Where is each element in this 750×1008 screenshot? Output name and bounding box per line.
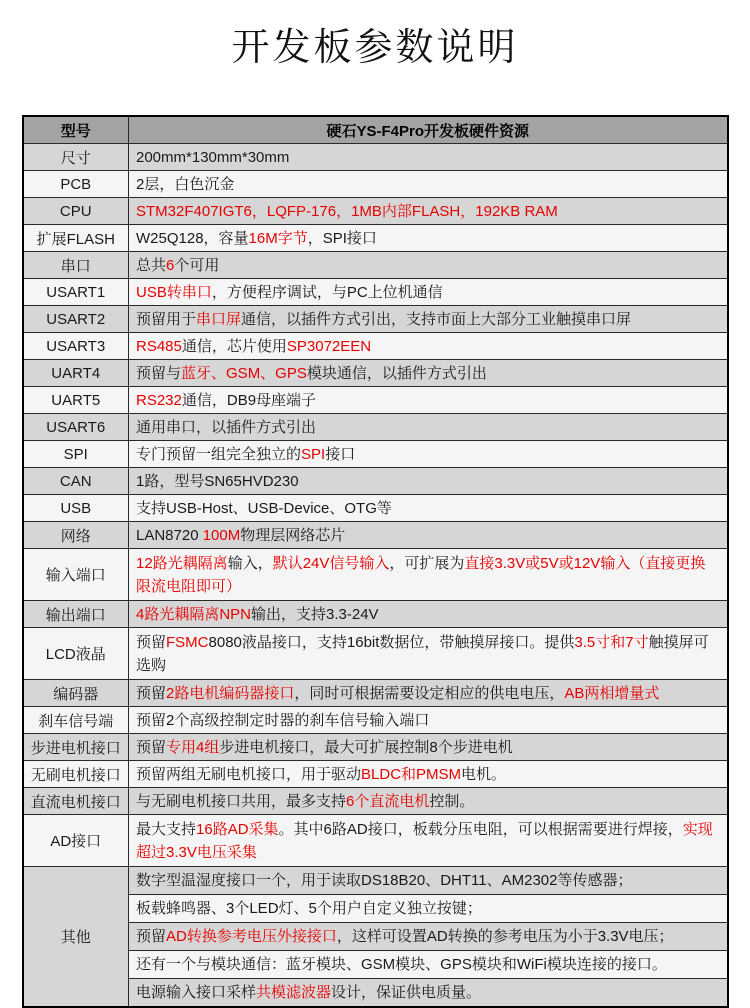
highlight-text: 6个直流电机 — [346, 793, 429, 810]
row-label: 无刷电机接口 — [23, 761, 129, 788]
table-row: 输出端口4路光耦隔离NPN输出，支持3.3-24V — [23, 601, 728, 628]
row-value: 1路，型号SN65HVD230 — [129, 468, 728, 495]
text-segment: 板载蜂鸣器、3个LED灯、5个用户自定义独立按键； — [136, 900, 482, 917]
text-segment: 接口 — [325, 446, 355, 463]
row-value: 通用串口，以插件方式引出 — [129, 414, 728, 441]
row-value: 电源输入接口采样共模滤波器设计，保证供电质量。 — [129, 979, 728, 1008]
table-row: USART1USB转串口，方便程序调试，与PC上位机通信 — [23, 279, 728, 306]
highlight-text: USB转串口 — [136, 284, 212, 301]
row-label: 输入端口 — [23, 549, 129, 601]
row-label: 刹车信号端 — [23, 707, 129, 734]
row-label: USART1 — [23, 279, 129, 306]
row-label: 其他 — [23, 867, 129, 1008]
row-value: 板载蜂鸣器、3个LED灯、5个用户自定义独立按键； — [129, 895, 728, 923]
row-value: 与无刷电机接口共用，最多支持6个直流电机控制。 — [129, 788, 728, 815]
text-segment: 个可用 — [174, 257, 219, 274]
text-segment: 通信，芯片使用 — [182, 338, 287, 355]
table-row: USART2预留用于串口屏通信，以插件方式引出，支持市面上大部分工业触摸串口屏 — [23, 306, 728, 333]
text-segment: ，SPI接口 — [308, 230, 377, 247]
table-row: CPUSTM32F407IGT6，LQFP-176，1MB内部FLASH，192… — [23, 198, 728, 225]
highlight-text: 3.5寸和7寸 — [574, 634, 648, 651]
spec-table: 型号 硬石YS-F4Pro开发板硬件资源 尺寸200mm*130mm*30mmP… — [22, 115, 729, 1008]
row-value: 预留与蓝牙、GSM、GPS模块通信，以插件方式引出 — [129, 360, 728, 387]
highlight-text: 共模滤波器 — [256, 984, 331, 1001]
highlight-text: 16M字节 — [249, 230, 308, 247]
text-segment: 预留 — [136, 928, 166, 945]
text-segment: W25Q128，容量 — [136, 230, 249, 247]
header-model-label: 型号 — [23, 116, 129, 144]
table-row: USART6通用串口，以插件方式引出 — [23, 414, 728, 441]
row-label: USART6 — [23, 414, 129, 441]
row-label: LCD液晶 — [23, 628, 129, 680]
table-row: UART5RS232通信，DB9母座端子 — [23, 387, 728, 414]
row-value: USB转串口，方便程序调试，与PC上位机通信 — [129, 279, 728, 306]
text-segment: 物理层网络芯片 — [240, 527, 345, 544]
text-segment: ，这样可设置AD转换的参考电压为小于3.3V电压； — [337, 928, 674, 945]
text-segment: 1路，型号SN65HVD230 — [136, 473, 299, 490]
row-label: SPI — [23, 441, 129, 468]
text-segment: ，同时可根据需要设定相应的供电电压， — [294, 685, 564, 702]
highlight-text: 16路AD采集 — [196, 821, 279, 838]
highlight-text: 4路光耦隔离NPN — [136, 606, 251, 623]
highlight-text: 专用4组 — [166, 739, 219, 756]
row-value: 预留2个高级控制定时器的刹车信号输入端口 — [129, 707, 728, 734]
row-label: 编码器 — [23, 680, 129, 707]
text-segment: 输出，支持3.3-24V — [251, 606, 379, 623]
row-value: 数字型温湿度接口一个，用于读取DS18B20、DHT11、AM2302等传感器； — [129, 867, 728, 895]
row-value: 2层，白色沉金 — [129, 171, 728, 198]
row-value: LAN8720 100M物理层网络芯片 — [129, 522, 728, 549]
row-value: RS232通信，DB9母座端子 — [129, 387, 728, 414]
table-row: 扩展FLASHW25Q128，容量16M字节，SPI接口 — [23, 225, 728, 252]
text-segment: 设计，保证供电质量。 — [331, 984, 481, 1001]
row-value: 支持USB-Host、USB-Device、OTG等 — [129, 495, 728, 522]
text-segment: 控制。 — [429, 793, 474, 810]
row-value: 总共6个可用 — [129, 252, 728, 279]
row-label: 输出端口 — [23, 601, 129, 628]
highlight-text: RS232 — [136, 392, 182, 409]
table-row: SPI专门预留一组完全独立的SPI接口 — [23, 441, 728, 468]
table-subrow: 板载蜂鸣器、3个LED灯、5个用户自定义独立按键； — [23, 895, 728, 923]
text-segment: 输入， — [228, 555, 273, 572]
row-label: 直流电机接口 — [23, 788, 129, 815]
table-row: AD接口最大支持16路AD采集。其中6路AD接口，板载分压电阻，可以根据需要进行… — [23, 815, 728, 867]
highlight-text: 2路电机编码器接口 — [166, 685, 294, 702]
text-segment: ，方便程序调试，与PC上位机通信 — [212, 284, 443, 301]
text-segment: 总共 — [136, 257, 166, 274]
highlight-text: RS485 — [136, 338, 182, 355]
table-subrow: 还有一个与模块通信：蓝牙模块、GSM模块、GPS模块和WiFi模块连接的接口。 — [23, 951, 728, 979]
table-row: UART4预留与蓝牙、GSM、GPS模块通信，以插件方式引出 — [23, 360, 728, 387]
row-value: 预留FSMC8080液晶接口，支持16bit数据位，带触摸屏接口。提供3.5寸和… — [129, 628, 728, 680]
text-segment: ，可扩展为 — [389, 555, 464, 572]
row-label: UART4 — [23, 360, 129, 387]
highlight-text: FSMC — [166, 634, 209, 651]
row-label: PCB — [23, 171, 129, 198]
row-label: 步进电机接口 — [23, 734, 129, 761]
text-segment: 电源输入接口采样 — [136, 984, 256, 1001]
row-label: 扩展FLASH — [23, 225, 129, 252]
row-label: AD接口 — [23, 815, 129, 867]
row-value: 预留用于串口屏通信，以插件方式引出，支持市面上大部分工业触摸串口屏 — [129, 306, 728, 333]
text-segment: 通信，DB9母座端子 — [182, 392, 316, 409]
highlight-text: SPI — [301, 446, 325, 463]
table-row: 尺寸200mm*130mm*30mm — [23, 144, 728, 171]
text-segment: 200mm*130mm*30mm — [136, 149, 289, 166]
text-segment: 步进电机接口，最大可扩展控制8个步进电机 — [219, 739, 512, 756]
row-label: USB — [23, 495, 129, 522]
page-title: 开发板参数说明 — [0, 16, 750, 71]
table-row: 编码器预留2路电机编码器接口，同时可根据需要设定相应的供电电压，AB两相增量式 — [23, 680, 728, 707]
text-segment: 预留 — [136, 634, 166, 651]
row-value: 预留专用4组步进电机接口，最大可扩展控制8个步进电机 — [129, 734, 728, 761]
text-segment: 通用串口，以插件方式引出 — [136, 419, 316, 436]
text-segment: 与无刷电机接口共用，最多支持 — [136, 793, 346, 810]
highlight-text: 默认24V信号输入 — [273, 555, 390, 572]
header-model-value: 硬石YS-F4Pro开发板硬件资源 — [129, 116, 728, 144]
page: 开发板参数说明 型号 硬石YS-F4Pro开发板硬件资源 尺寸200mm*130… — [0, 16, 750, 1008]
table-row: 步进电机接口预留专用4组步进电机接口，最大可扩展控制8个步进电机 — [23, 734, 728, 761]
highlight-text: 蓝牙、GSM、GPS — [181, 365, 307, 382]
table-row: 刹车信号端预留2个高级控制定时器的刹车信号输入端口 — [23, 707, 728, 734]
text-segment: 2层，白色沉金 — [136, 176, 234, 193]
table-subrow: 预留AD转换参考电压外接接口，这样可设置AD转换的参考电压为小于3.3V电压； — [23, 923, 728, 951]
highlight-text: SP3072EEN — [287, 338, 371, 355]
text-segment: 专门预留一组完全独立的 — [136, 446, 301, 463]
text-segment: 。其中6路AD接口，板载分压电阻，可以根据需要进行焊接， — [279, 821, 683, 838]
text-segment: 数字型温湿度接口一个，用于读取DS18B20、DHT11、AM2302等传感器； — [136, 872, 632, 889]
table-row: 输入端口12路光耦隔离输入，默认24V信号输入，可扩展为直接3.3V或5V或12… — [23, 549, 728, 601]
row-label: 网络 — [23, 522, 129, 549]
row-value: RS485通信，芯片使用SP3072EEN — [129, 333, 728, 360]
highlight-text: 12路光耦隔离 — [136, 555, 228, 572]
table-row: USB支持USB-Host、USB-Device、OTG等 — [23, 495, 728, 522]
text-segment: LAN8720 — [136, 527, 203, 544]
row-label: USART2 — [23, 306, 129, 333]
text-segment: 8080液晶接口，支持16bit数据位，带触摸屏接口。提供 — [209, 634, 575, 651]
row-label: 尺寸 — [23, 144, 129, 171]
highlight-text: AB两相增量式 — [564, 685, 659, 702]
text-segment: 预留用于 — [136, 311, 196, 328]
row-value: 还有一个与模块通信：蓝牙模块、GSM模块、GPS模块和WiFi模块连接的接口。 — [129, 951, 728, 979]
table-row: CAN1路，型号SN65HVD230 — [23, 468, 728, 495]
table-subrow: 电源输入接口采样共模滤波器设计，保证供电质量。 — [23, 979, 728, 1008]
highlight-text: STM32F407IGT6，LQFP-176，1MB内部FLASH，192KB … — [136, 203, 558, 220]
row-value: 12路光耦隔离输入，默认24V信号输入，可扩展为直接3.3V或5V或12V输入（… — [129, 549, 728, 601]
row-label: USART3 — [23, 333, 129, 360]
row-label: CPU — [23, 198, 129, 225]
row-value: 4路光耦隔离NPN输出，支持3.3-24V — [129, 601, 728, 628]
table-row: 直流电机接口与无刷电机接口共用，最多支持6个直流电机控制。 — [23, 788, 728, 815]
text-segment: 通信，以插件方式引出，支持市面上大部分工业触摸串口屏 — [241, 311, 631, 328]
text-segment: 模块通信，以插件方式引出 — [307, 365, 487, 382]
text-segment: 预留 — [136, 739, 166, 756]
text-segment: 预留 — [136, 685, 166, 702]
text-segment: 还有一个与模块通信：蓝牙模块、GSM模块、GPS模块和WiFi模块连接的接口。 — [136, 956, 667, 973]
spec-table-body: 型号 硬石YS-F4Pro开发板硬件资源 尺寸200mm*130mm*30mmP… — [23, 116, 728, 1007]
table-row: PCB2层，白色沉金 — [23, 171, 728, 198]
text-segment: 最大支持 — [136, 821, 196, 838]
table-subrow: 其他数字型温湿度接口一个，用于读取DS18B20、DHT11、AM2302等传感… — [23, 867, 728, 895]
row-value: 专门预留一组完全独立的SPI接口 — [129, 441, 728, 468]
text-segment: 预留与 — [136, 365, 181, 382]
table-row: 串口总共6个可用 — [23, 252, 728, 279]
row-value: 最大支持16路AD采集。其中6路AD接口，板载分压电阻，可以根据需要进行焊接，实… — [129, 815, 728, 867]
highlight-text: AD转换参考电压外接接口 — [166, 928, 337, 945]
row-value: 预留2路电机编码器接口，同时可根据需要设定相应的供电电压，AB两相增量式 — [129, 680, 728, 707]
text-segment: 支持USB-Host、USB-Device、OTG等 — [136, 500, 392, 517]
text-segment: 预留2个高级控制定时器的刹车信号输入端口 — [136, 712, 429, 729]
row-value: W25Q128，容量16M字节，SPI接口 — [129, 225, 728, 252]
highlight-text: BLDC和PMSM — [361, 766, 461, 783]
table-row: LCD液晶预留FSMC8080液晶接口，支持16bit数据位，带触摸屏接口。提供… — [23, 628, 728, 680]
row-label: 串口 — [23, 252, 129, 279]
table-row: 无刷电机接口预留两组无刷电机接口，用于驱动BLDC和PMSM电机。 — [23, 761, 728, 788]
row-label: CAN — [23, 468, 129, 495]
row-value: 预留AD转换参考电压外接接口，这样可设置AD转换的参考电压为小于3.3V电压； — [129, 923, 728, 951]
row-value: 预留两组无刷电机接口，用于驱动BLDC和PMSM电机。 — [129, 761, 728, 788]
table-row: USART3RS485通信，芯片使用SP3072EEN — [23, 333, 728, 360]
highlight-text: 串口屏 — [196, 311, 241, 328]
table-header-row: 型号 硬石YS-F4Pro开发板硬件资源 — [23, 116, 728, 144]
row-label: UART5 — [23, 387, 129, 414]
text-segment: 电机。 — [461, 766, 506, 783]
row-value: STM32F407IGT6，LQFP-176，1MB内部FLASH，192KB … — [129, 198, 728, 225]
table-row: 网络LAN8720 100M物理层网络芯片 — [23, 522, 728, 549]
row-value: 200mm*130mm*30mm — [129, 144, 728, 171]
text-segment: 预留两组无刷电机接口，用于驱动 — [136, 766, 361, 783]
highlight-text: 100M — [203, 527, 241, 544]
